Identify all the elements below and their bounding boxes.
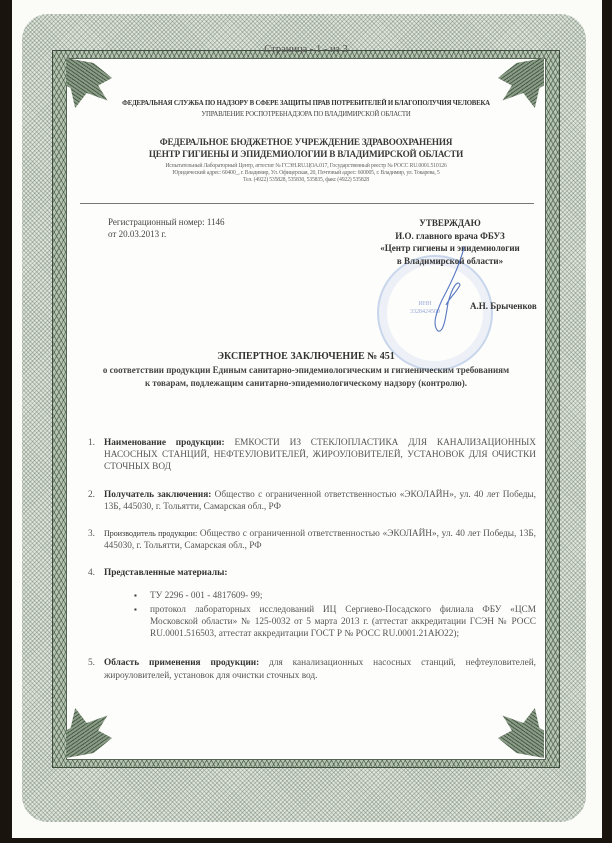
list-item: протокол лабораторных исследований ИЦ Се…: [134, 604, 536, 641]
header-divider: [80, 203, 534, 204]
approver-position: И.О. главного врача ФБУЗ: [360, 230, 540, 243]
department-name: УПРАВЛЕНИЕ РОСПОТРЕБНАДЗОРА ПО ВЛАДИМИРС…: [80, 111, 532, 118]
signer-name: А.Н. Брыченков: [470, 301, 537, 311]
item-application-area: 5. Область применения продукции: для кан…: [88, 657, 536, 681]
institution-name-line1: ФЕДЕРАЛЬНОЕ БЮДЖЕТНОЕ УЧРЕЖДЕНИЕ ЗДРАВОО…: [80, 137, 532, 147]
conclusion-items: 1. Наименование продукции: ЕМКОСТИ ИЗ СТ…: [88, 437, 536, 697]
document-title: ЭКСПЕРТНОЕ ЗАКЛЮЧЕНИЕ № 451: [80, 351, 532, 362]
item-materials: 4. Представленные материалы: ТУ 2296 - 0…: [88, 567, 536, 642]
registration-number: Регистрационный номер: 1146: [108, 216, 225, 228]
list-item: ТУ 2296 - 001 - 4817609- 99;: [134, 590, 536, 602]
document-subtitle: о соответствии продукции Единым санитарн…: [100, 364, 512, 389]
approval-heading: УТВЕРЖДАЮ: [360, 217, 540, 230]
signature: [420, 245, 480, 335]
institution-details: Испытательный Лабораторный Центр, аттест…: [80, 163, 532, 185]
page-indicator: Страница - 1 - из 3: [0, 44, 612, 55]
materials-list: ТУ 2296 - 001 - 4817609- 99; протокол ла…: [104, 590, 536, 641]
agency-name: ФЕДЕРАЛЬНАЯ СЛУЖБА ПО НАДЗОРУ В СФЕРЕ ЗА…: [80, 100, 532, 107]
item-recipient: 2. Получатель заключения: Общество с огр…: [88, 489, 536, 513]
details-line: Тел. (4922) 535828, 535830, 535835, факс…: [80, 177, 532, 184]
registration-date: от 20.03.2013 г.: [108, 228, 225, 240]
institution-name-line2: ЦЕНТР ГИГИЕНЫ И ЭПИДЕМИОЛОГИИ В ВЛАДИМИР…: [80, 149, 532, 159]
item-product-name: 1. Наименование продукции: ЕМКОСТИ ИЗ СТ…: [88, 437, 536, 474]
registration-block: Регистрационный номер: 1146 от 20.03.201…: [108, 216, 225, 240]
item-manufacturer: 3. Производитель продукции: Общество с о…: [88, 528, 536, 552]
